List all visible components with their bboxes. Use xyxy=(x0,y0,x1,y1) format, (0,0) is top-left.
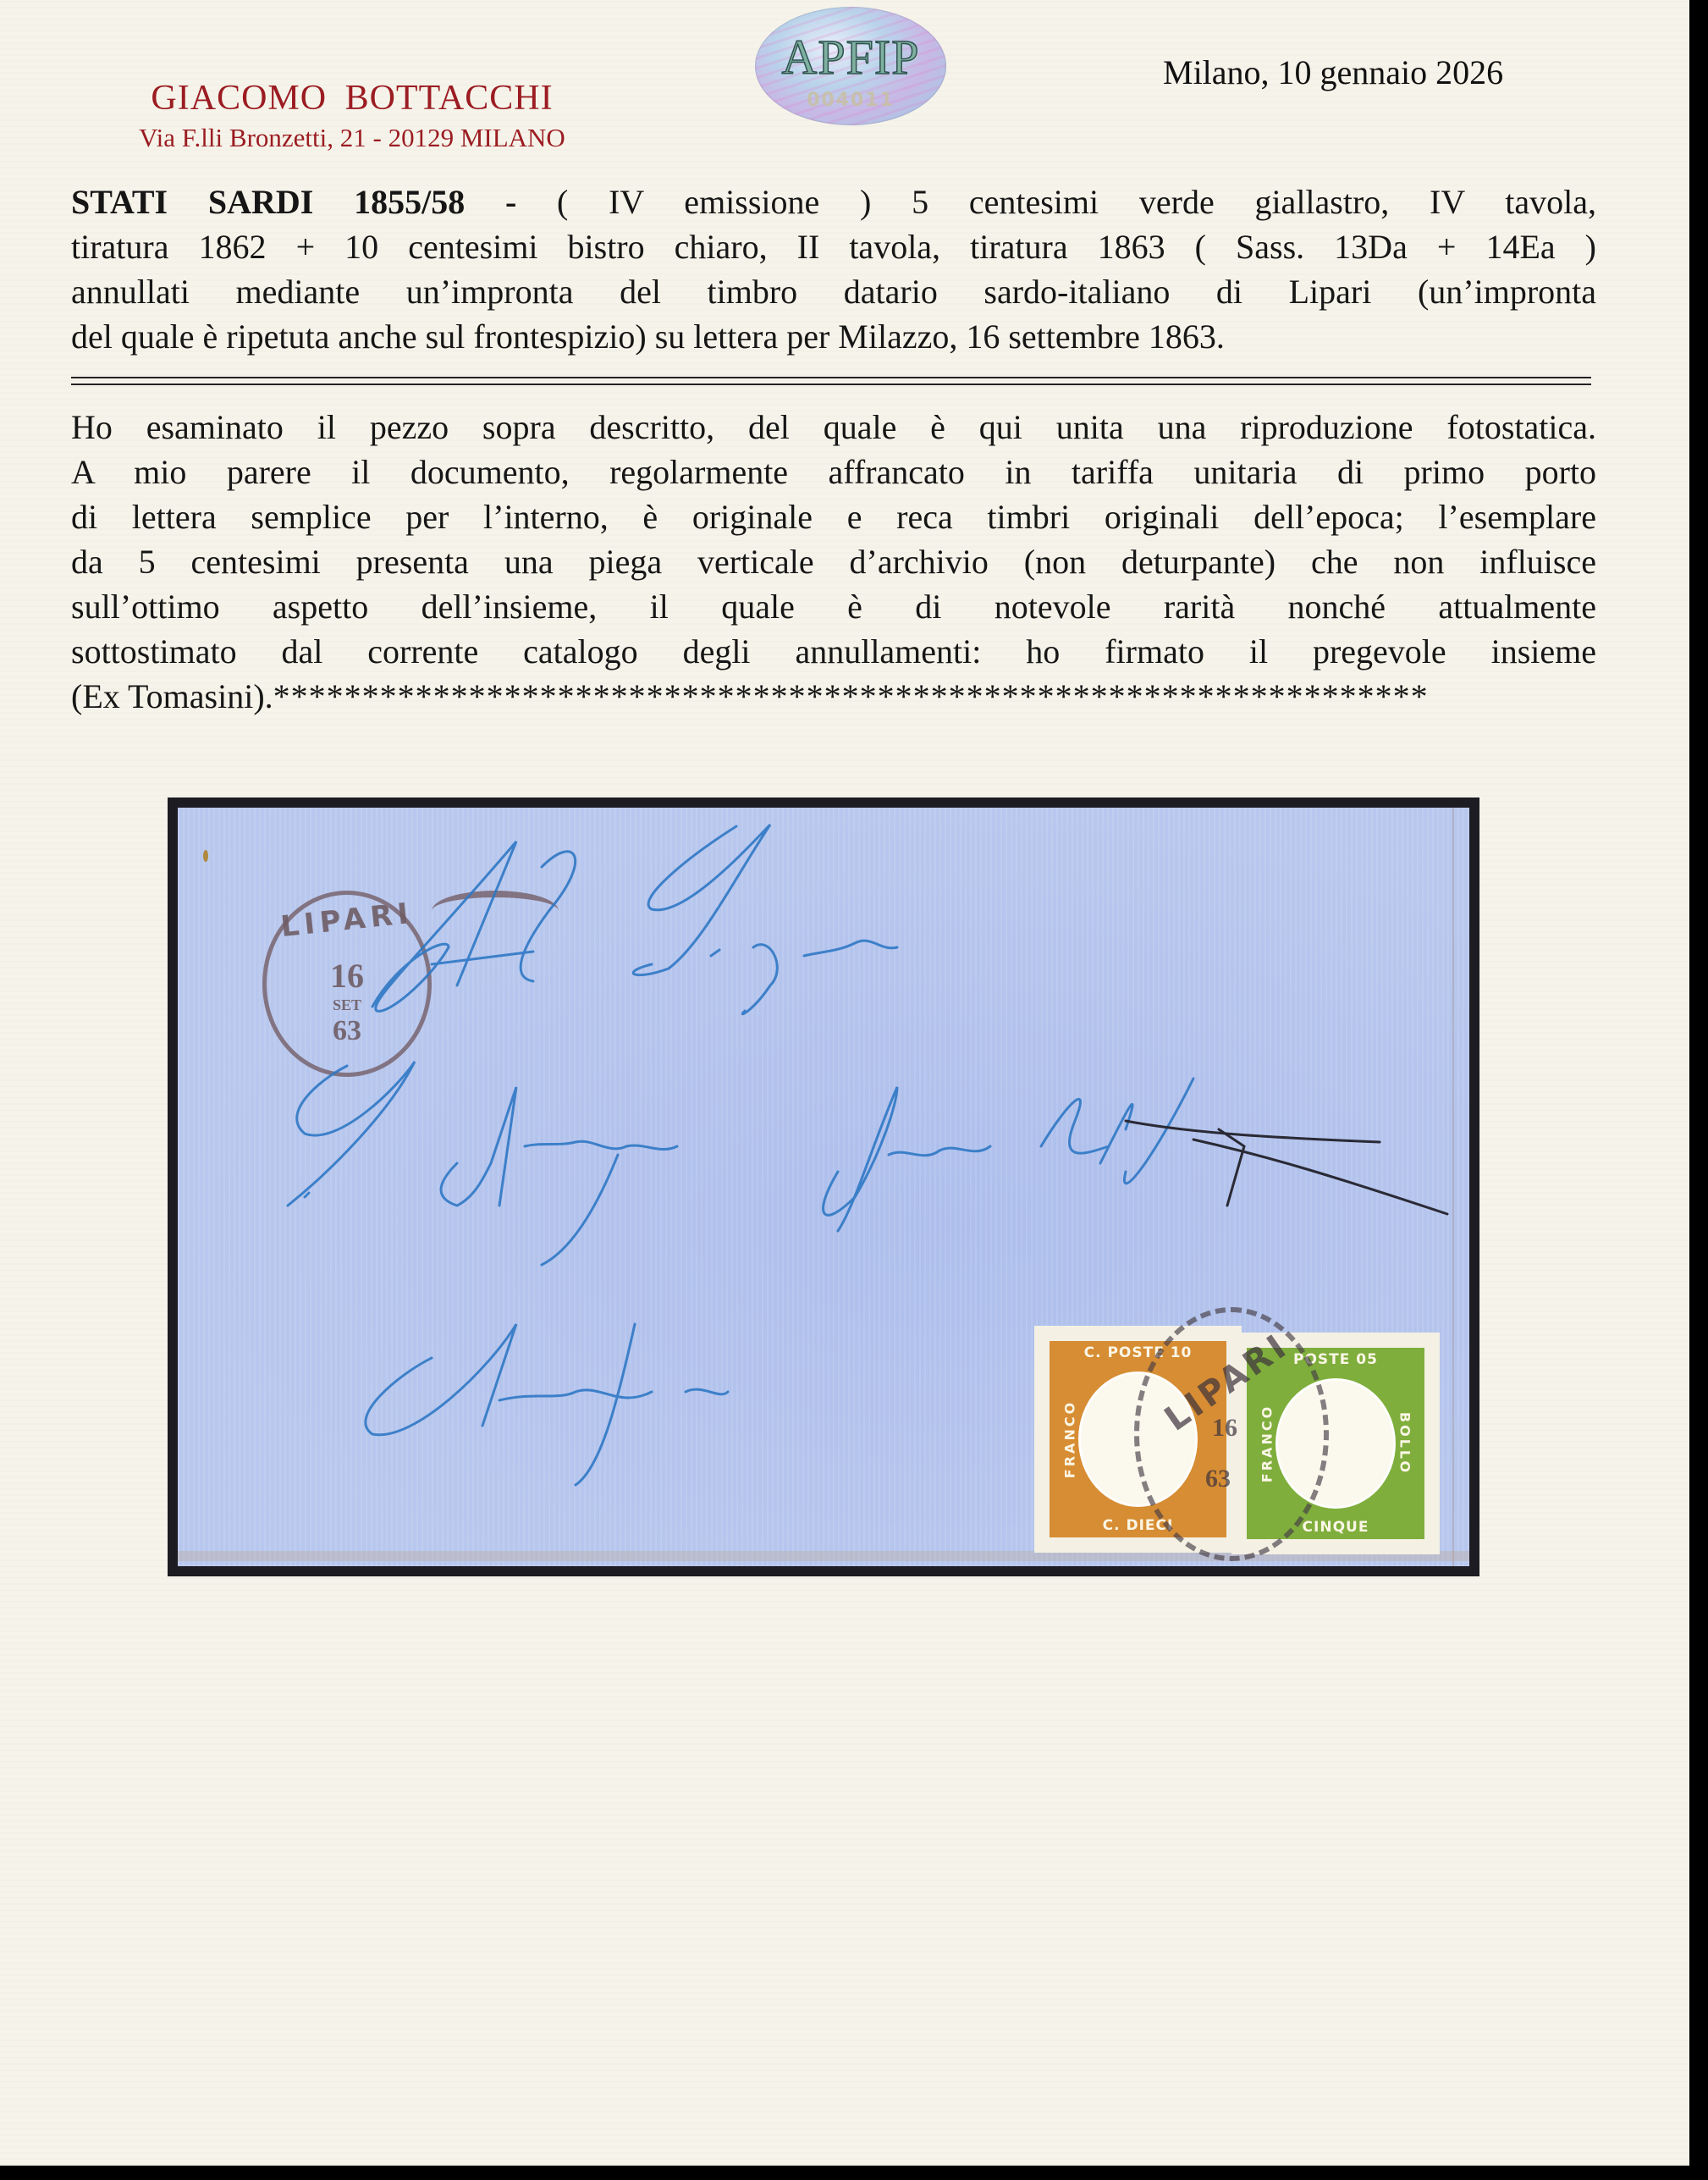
stamp-cancellation-postmark: LIPARI 16 63 xyxy=(1134,1307,1329,1561)
hologram-serial: 004011 xyxy=(755,90,946,111)
opinion-line: di lettera semplice per l’interno, è ori… xyxy=(71,494,1596,539)
cover-photo: LIPARI 16 SET 63 xyxy=(168,797,1479,1576)
certificate-page: GIACOMO BOTTACCHI Via F.lli Bronzetti, 2… xyxy=(0,0,1689,2166)
expert-name: GIACOMO BOTTACCHI xyxy=(107,78,598,119)
cancel-year: 63 xyxy=(1205,1465,1231,1493)
description-line: ( IV emissione ) 5 centesimi verde giall… xyxy=(557,183,1596,221)
expert-opinion: Ho esaminato il pezzo sopra descritto, d… xyxy=(71,405,1596,719)
opinion-line: da 5 centesimi presenta una piega vertic… xyxy=(71,539,1596,584)
stamp-right-text: BOLLO xyxy=(1397,1412,1413,1475)
description-line: del quale è ripetuta anche sul frontespi… xyxy=(71,314,1596,359)
opinion-line: A mio parere il documento, regolarmente … xyxy=(71,450,1596,494)
opinion-line: Ho esaminato il pezzo sopra descritto, d… xyxy=(71,405,1596,450)
certificate-date: Milano, 10 gennaio 2026 xyxy=(1163,52,1503,92)
description-line: annullati mediante un’impronta del timbr… xyxy=(71,269,1596,314)
stamp-left-text: FRANCO xyxy=(1062,1400,1078,1478)
expert-address: Via F.lli Bronzetti, 21 - 20129 MILANO xyxy=(73,123,631,153)
provenance: (Ex Tomasini). xyxy=(71,677,273,715)
asterisk-fill: ****************************************… xyxy=(273,677,1429,715)
opinion-line: sull’ottimo aspetto dell’insieme, il qua… xyxy=(71,584,1596,629)
description-lead: STATI SARDI 1855/58 - xyxy=(71,183,516,221)
apfip-hologram: APFIP 004011 xyxy=(755,7,946,125)
double-rule-divider xyxy=(71,377,1591,385)
description-line: tiratura 1862 + 10 centesimi bistro chia… xyxy=(71,224,1596,269)
item-description: STATI SARDI 1855/58 - ( IV emissione ) 5… xyxy=(71,179,1596,359)
opinion-line: sottostimato dal corrente catalogo degli… xyxy=(71,629,1596,674)
cancel-day: 16 xyxy=(1212,1414,1237,1443)
hologram-title: APFIP xyxy=(755,29,946,86)
